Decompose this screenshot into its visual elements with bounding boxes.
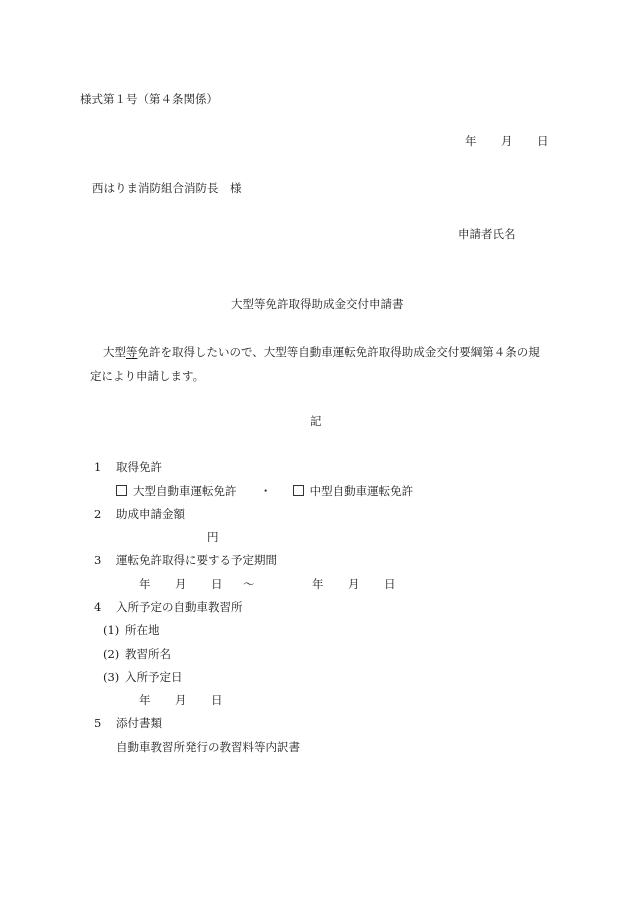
- item-number: 4: [94, 600, 101, 614]
- item-number: 1: [94, 460, 101, 474]
- checkbox-medium-license[interactable]: [293, 485, 304, 496]
- body-text: 免許を取得したいので、大型等自動車運転免許取得助成金交付要綱第４条の規: [138, 345, 540, 359]
- checkbox-large-license[interactable]: [116, 485, 127, 496]
- option-separator: ・: [260, 484, 272, 498]
- body-line-1: 大型等免許を取得したいので、大型等自動車運転免許取得助成金交付要綱第４条の規: [103, 345, 540, 359]
- date-day-label: 日: [537, 134, 549, 148]
- item-label: 助成申請金額: [116, 507, 185, 521]
- option-label-large-license: 大型自動車運転免許: [133, 484, 237, 498]
- start-day-label: 日: [211, 577, 223, 591]
- entry-day-label: 日: [211, 693, 223, 707]
- item-number: 2: [94, 507, 101, 521]
- end-day-label: 日: [384, 577, 396, 591]
- item-label: 添付書類: [116, 716, 162, 730]
- subitem-label-school-name: 教習所名: [125, 647, 171, 661]
- body-line-2: 定により申請します。: [90, 369, 204, 383]
- range-separator: 〜: [243, 577, 255, 591]
- subitem-label-location: 所在地: [125, 623, 160, 637]
- entry-month-label: 月: [175, 693, 187, 707]
- option-label-medium-license: 中型自動車運転免許: [310, 484, 414, 498]
- item-label: 取得免許: [116, 460, 162, 474]
- body-underlined-text: 等: [126, 345, 138, 359]
- yen-unit: 円: [207, 530, 219, 544]
- subitem-number: (3): [103, 670, 119, 684]
- item-label: 運転免許取得に要する予定期間: [116, 553, 277, 567]
- addressee: 西はりま消防組合消防長 様: [92, 181, 242, 195]
- item-label: 入所予定の自動車教習所: [116, 600, 243, 614]
- item-number: 3: [94, 553, 101, 567]
- ki-heading: 記: [310, 414, 322, 428]
- end-month-label: 月: [348, 577, 360, 591]
- subitem-number: (2): [103, 647, 119, 661]
- subitem-number: (1): [103, 623, 119, 637]
- date-month-label: 月: [501, 134, 513, 148]
- body-text: 大型: [103, 345, 126, 359]
- end-year-label: 年: [312, 577, 324, 591]
- date-year-label: 年: [465, 134, 477, 148]
- attachment-description: 自動車教習所発行の教習料等内訳書: [116, 740, 300, 754]
- item-number: 5: [94, 716, 101, 730]
- start-year-label: 年: [139, 577, 151, 591]
- start-month-label: 月: [175, 577, 187, 591]
- form-number: 様式第１号（第４条関係）: [80, 92, 218, 106]
- subitem-label-entry-date: 入所予定日: [125, 670, 183, 684]
- license-options: 大型自動車運転免許 ・ 中型自動車運転免許: [116, 484, 413, 498]
- entry-year-label: 年: [139, 693, 151, 707]
- document-title: 大型等免許取得助成金交付申請書: [231, 297, 404, 311]
- applicant-name-label: 申請者氏名: [458, 227, 516, 241]
